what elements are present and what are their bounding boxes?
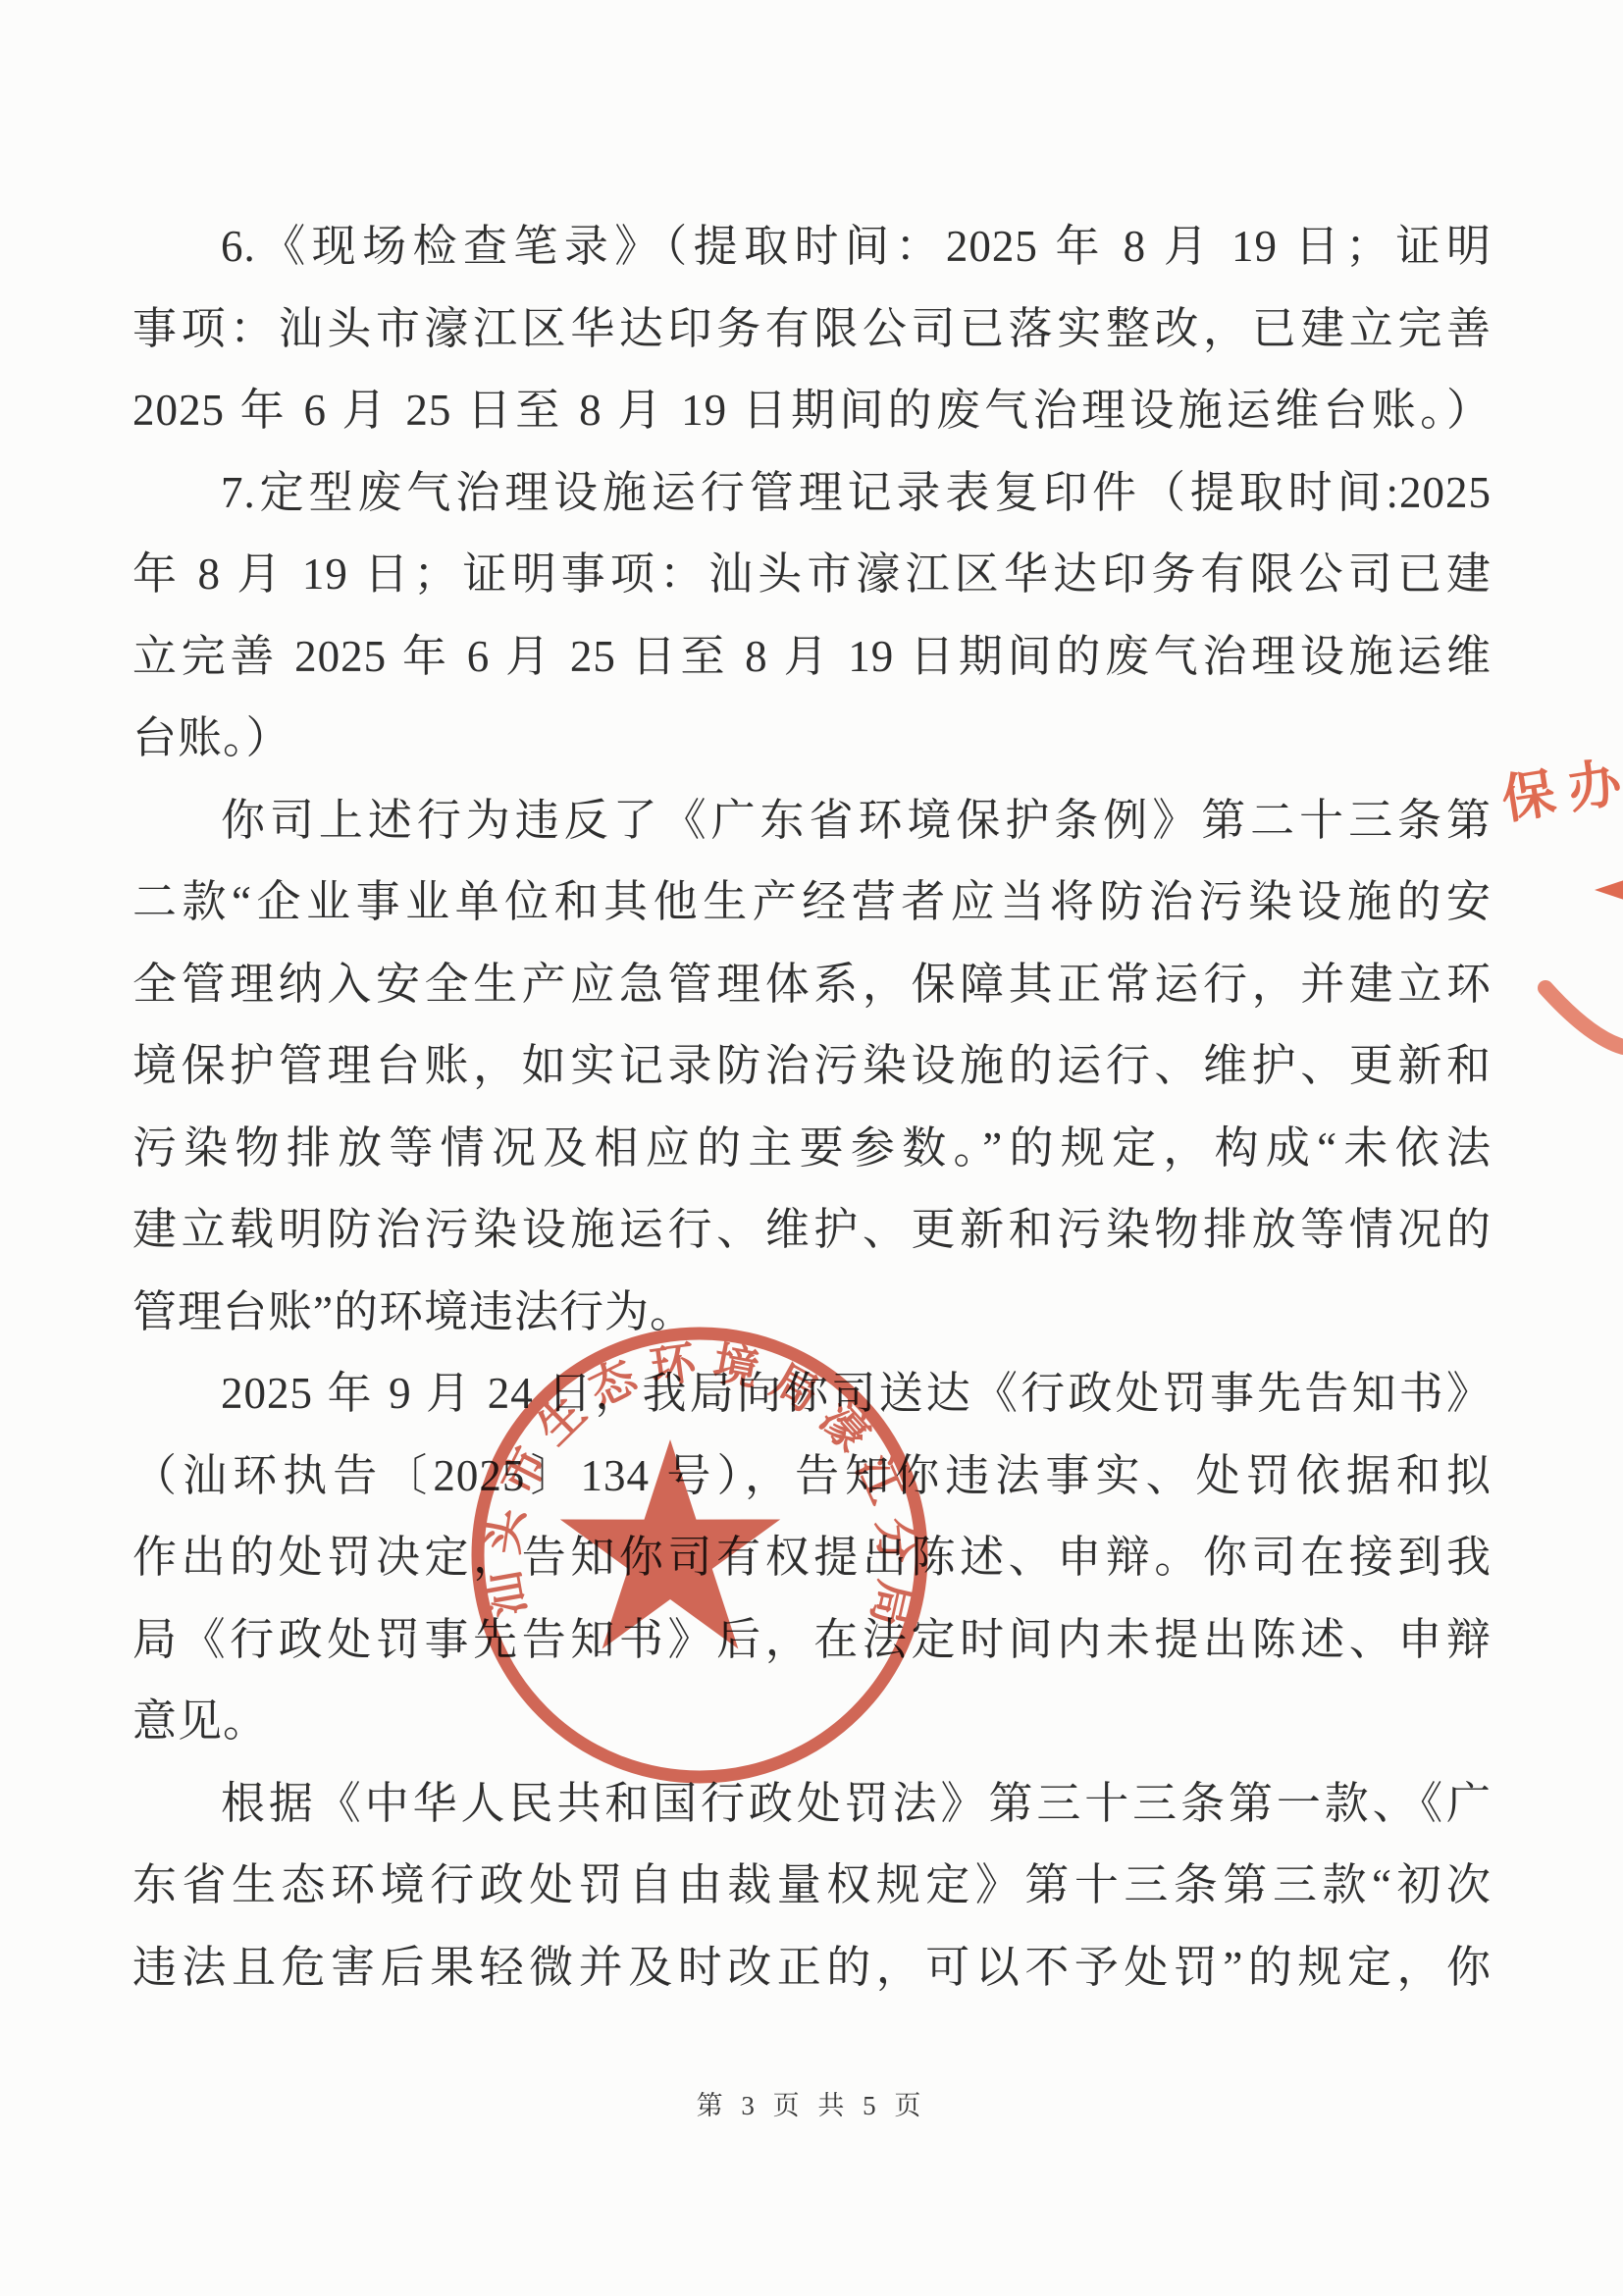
document-line: 台账。） <box>132 698 1492 780</box>
document-line: 事项：汕头市濠江区华达印务有限公司已落实整改，已建立完善 <box>132 288 1492 371</box>
document-line: 2025 年 6 月 25 日至 8 月 19 日期间的废气治理设施运维台账。） <box>132 370 1492 452</box>
edge-stamp-arc <box>1545 988 1623 1047</box>
document-line: 污染物排放等情况及相应的主要参数。”的规定，构成“未依法 <box>132 1108 1492 1190</box>
seal-star-icon <box>560 1439 780 1649</box>
document-line: 6.《现场检查笔录》（提取时间：2025 年 8 月 19 日；证明 <box>132 206 1492 288</box>
document-line: 东省生态环境行政处罚自由裁量权规定》第十三条第三款“初次 <box>132 1845 1492 1927</box>
document-line: 违法且危害后果轻微并及时改正的，可以不予处罚”的规定，你 <box>132 1927 1492 2009</box>
edge-stamp-star-icon <box>1595 810 1623 969</box>
document-line: 建立载明防治污染设施运行、维护、更新和污染物排放等情况的 <box>132 1189 1492 1272</box>
edge-stamp-text: 保办 <box>1497 757 1623 830</box>
official-seal: 汕头市生态环境局濠江分局 <box>469 1325 930 1786</box>
document-line: 境保护管理台账，如实记录防治污染设施的运行、维护、更新和 <box>132 1025 1492 1108</box>
document-line: 二款“企业事业单位和其他生产经营者应当将防治污染设施的安 <box>132 861 1492 944</box>
document-line: 年 8 月 19 日；证明事项：汕头市濠江区华达印务有限公司已建 <box>132 534 1492 616</box>
document-line: 全管理纳入安全生产应急管理体系，保障其正常运行，并建立环 <box>132 944 1492 1026</box>
edge-stamp-fragment: 保办 <box>1492 757 1623 1071</box>
document-line: 你司上述行为违反了《广东省环境保护条例》第二十三条第 <box>132 780 1492 862</box>
document-page: 6.《现场检查笔录》（提取时间：2025 年 8 月 19 日；证明事项：汕头市… <box>0 0 1623 2296</box>
document-line: 立完善 2025 年 6 月 25 日至 8 月 19 日期间的废气治理设施运维 <box>132 616 1492 699</box>
document-line: 7.定型废气治理设施运行管理记录表复印件（提取时间:2025 <box>132 452 1492 535</box>
page-footer: 第 3 页 共 5 页 <box>0 2084 1623 2122</box>
